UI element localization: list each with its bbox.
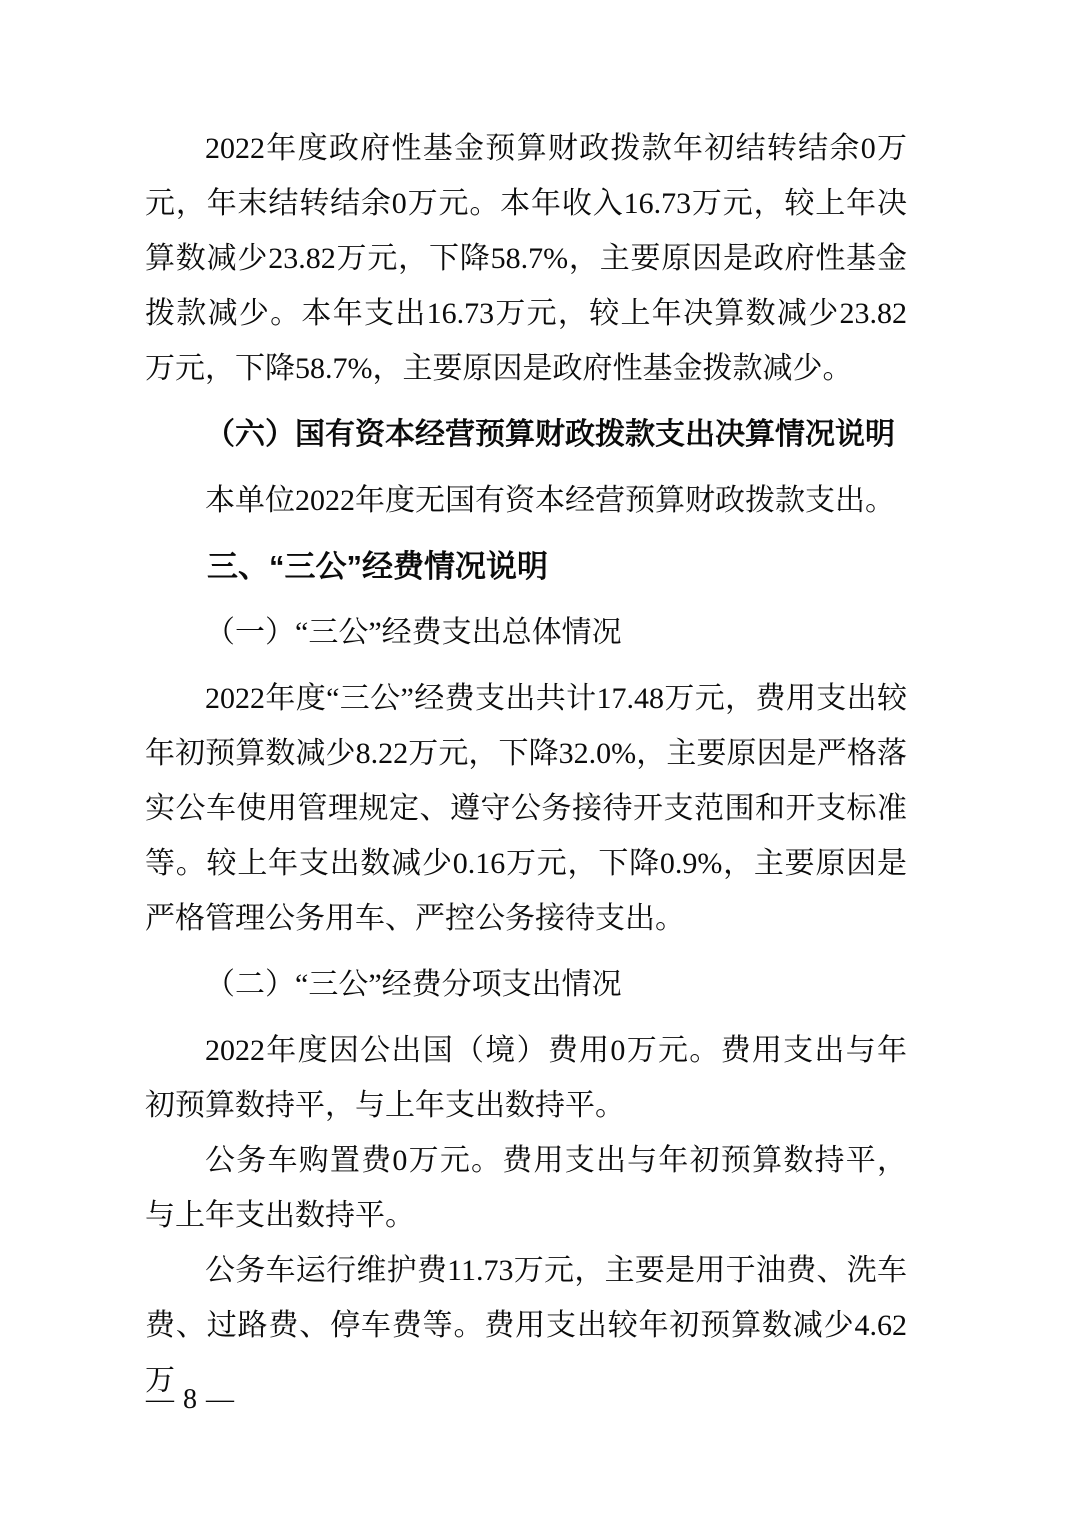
heading-section-6-state-capital-budget: （六）国有资本经营预算财政拨款支出决算情况说明 <box>145 407 907 462</box>
document-page: 2022年度政府性基金预算财政拨款年初结转结余0万元，年末结转结余0万元。本年收… <box>0 0 1074 1520</box>
heading-section-3-three-public-funds: 三、“三公”经费情况说明 <box>145 539 907 594</box>
paragraph-no-state-capital-expenditure: 本单位2022年度无国有资本经营预算财政拨款支出。 <box>145 473 907 528</box>
paragraph-three-public-overall: 2022年度“三公”经费支出共计17.48万元，费用支出较年初预算数减少8.22… <box>145 671 907 946</box>
paragraph-vehicle-purchase-expense: 公务车购置费0万元。费用支出与年初预算数持平，与上年支出数持平。 <box>145 1133 907 1243</box>
paragraph-gov-fund-budget-summary: 2022年度政府性基金预算财政拨款年初结转结余0万元，年末结转结余0万元。本年收… <box>145 121 907 396</box>
page-number: — 8 — <box>146 1379 235 1421</box>
paragraph-vehicle-operation-expense: 公务车运行维护费11.73万元，主要是用于油费、洗车费、过路费、停车费等。费用支… <box>145 1243 907 1408</box>
heading-sub-2-itemized-expenditure: （二）“三公”经费分项支出情况 <box>145 957 907 1012</box>
paragraph-overseas-trip-expense: 2022年度因公出国（境）费用0万元。费用支出与年初预算数持平，与上年支出数持平… <box>145 1023 907 1133</box>
heading-sub-1-overall-expenditure: （一）“三公”经费支出总体情况 <box>145 605 907 660</box>
document-content: 2022年度政府性基金预算财政拨款年初结转结余0万元，年末结转结余0万元。本年收… <box>145 121 907 1408</box>
